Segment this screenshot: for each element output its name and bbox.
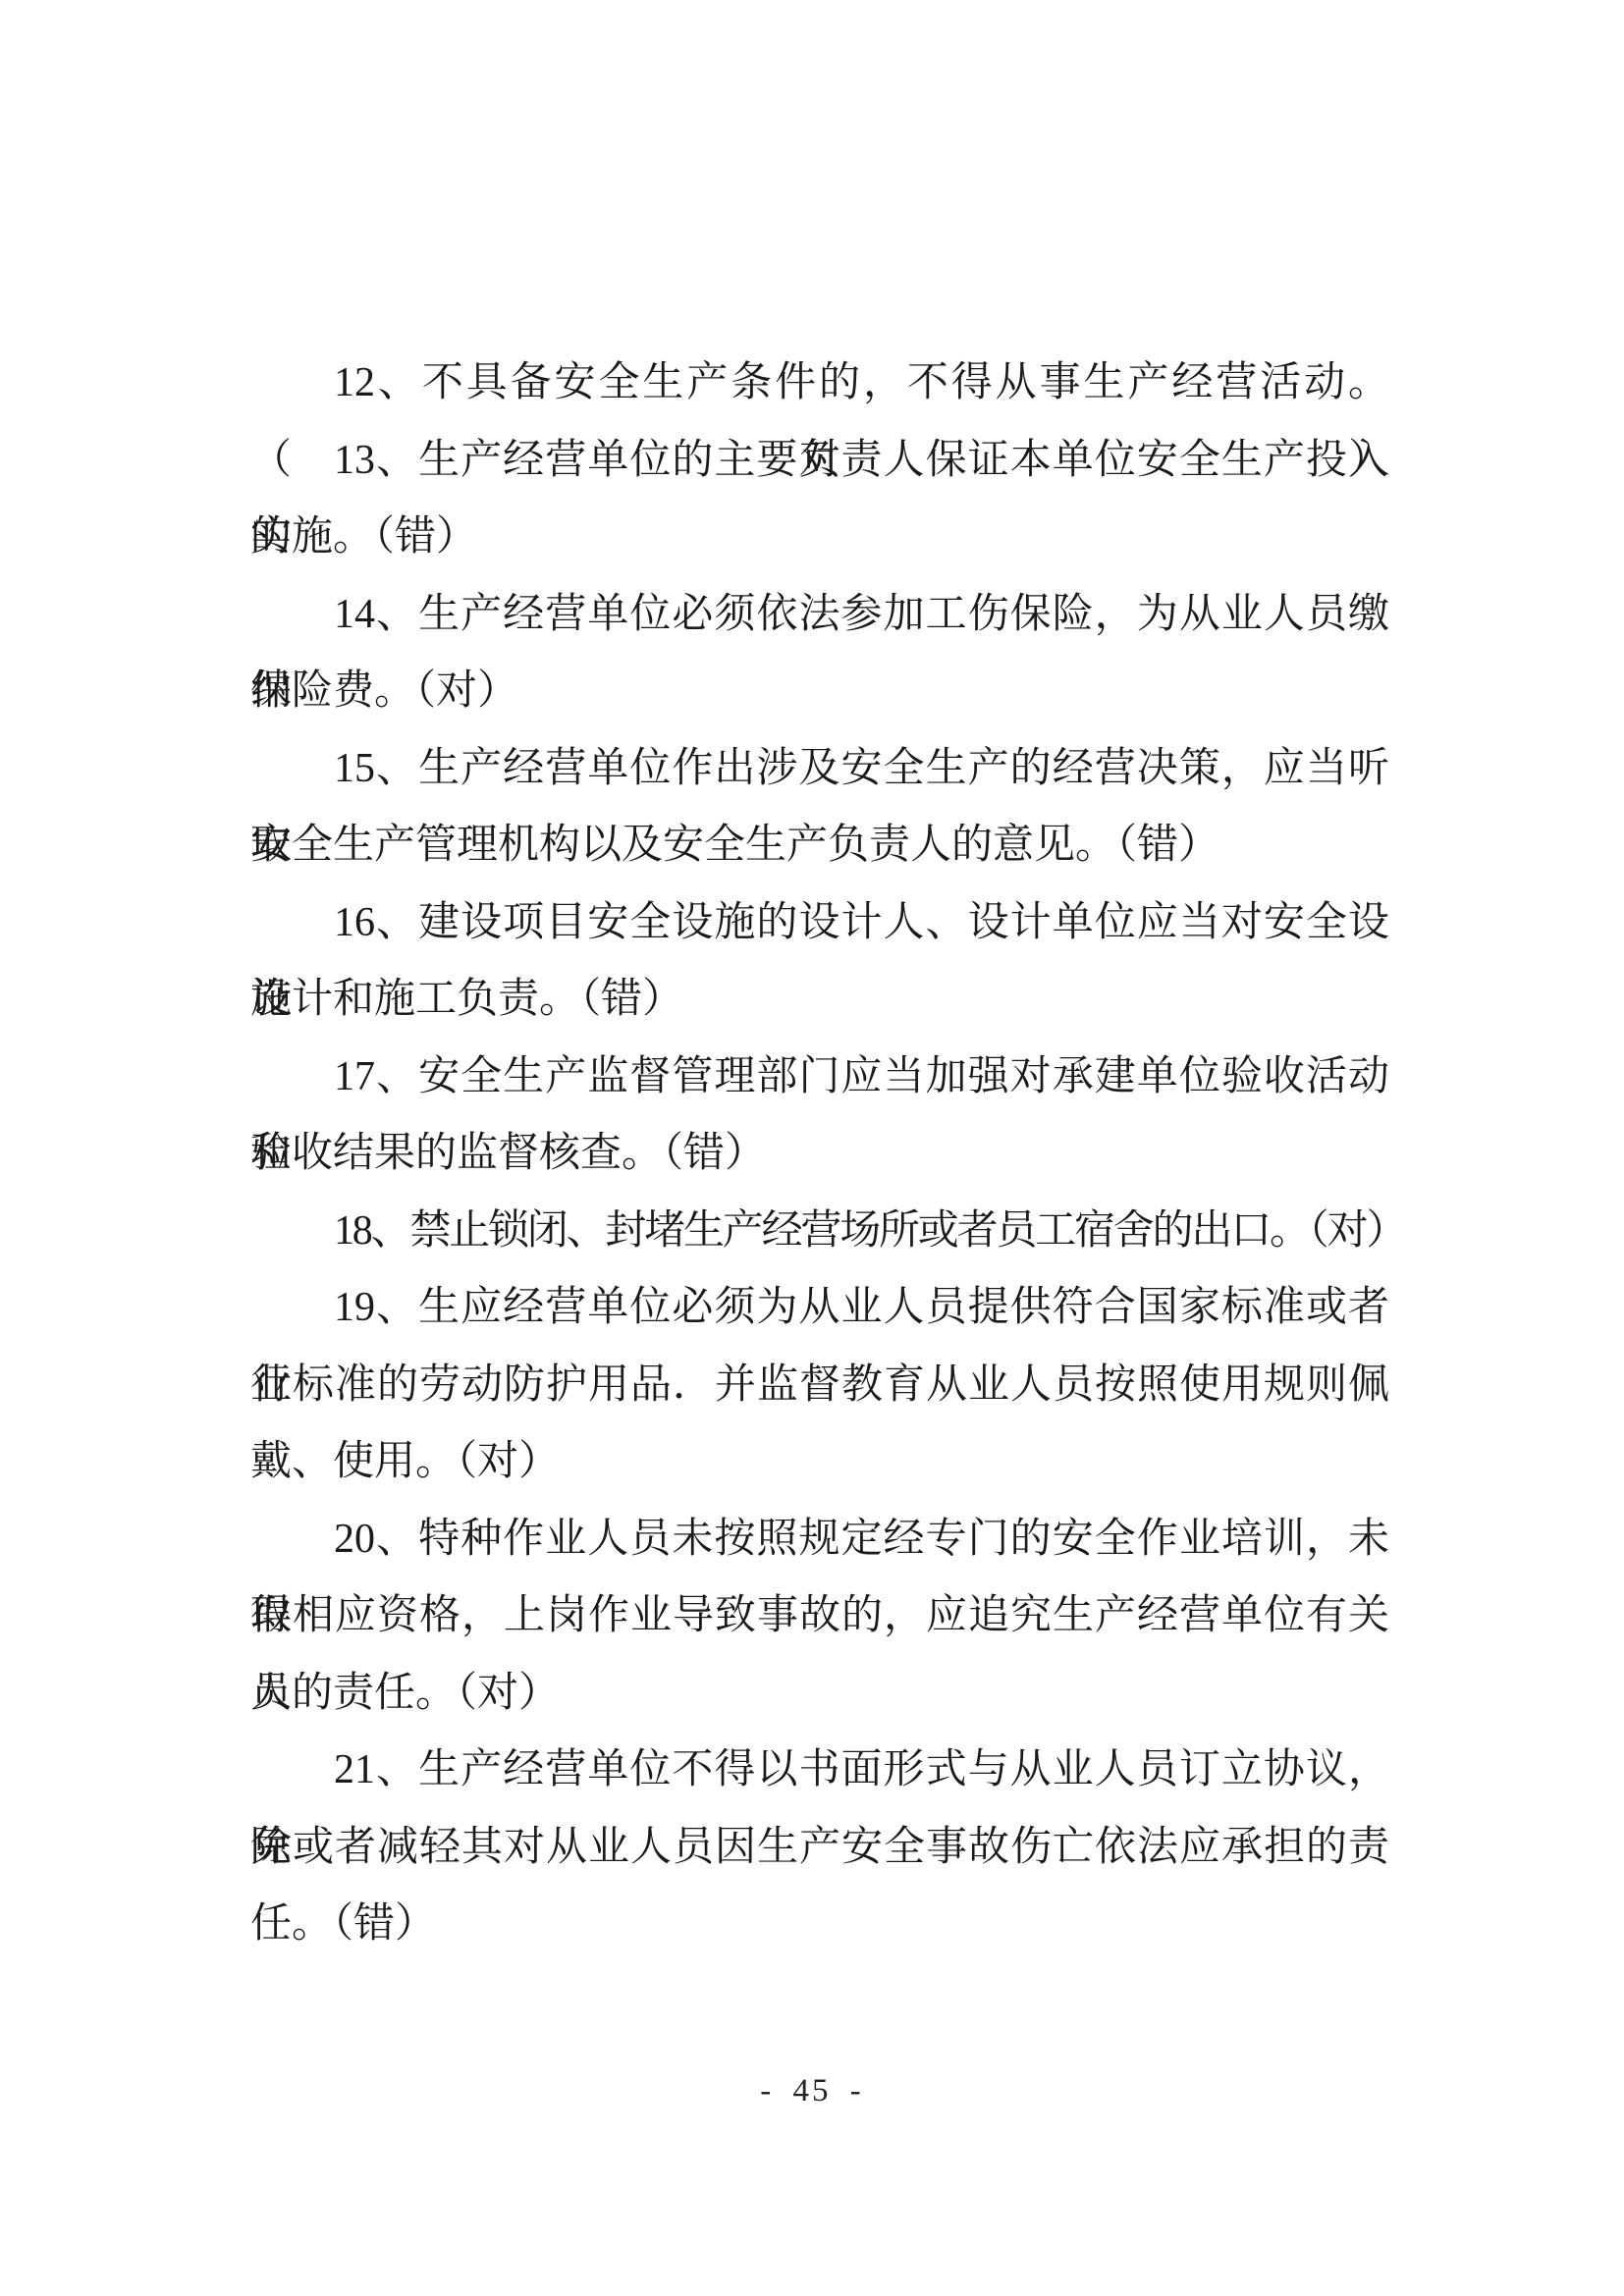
question-line: 任。（错） (250, 1886, 1389, 1963)
question-item-18: 18、禁止锁闭、封堵生产经营场所或者员工宿舍的出口。（对） (250, 1193, 1389, 1270)
question-line: 19、生应经营单位必须为从业人员提供符合国家标准或者行 (250, 1269, 1389, 1347)
question-line: 除或者减轻其对从业人员因生产安全事故伤亡依法应承担的责 (250, 1809, 1389, 1887)
question-item-17: 17、安全生产监督管理部门应当加强对承建单位验收活动和 验收结果的监督核查。（错… (250, 1039, 1389, 1193)
question-item-13: 13、生产经营单位的主要负责人保证本单位安全生产投入的 实施。（错） (250, 422, 1389, 576)
question-line: 15、生产经营单位作出涉及安全生产的经营决策，应当听取 (250, 730, 1389, 808)
question-line: 21、生产经营单位不得以书面形式与从业人员订立协议，免 (250, 1732, 1389, 1809)
question-item-20: 20、特种作业人员未按照规定经专门的安全作业培训，未取 得相应资格，上岗作业导致… (250, 1501, 1389, 1733)
question-line: 戴、使用。（对） (250, 1423, 1389, 1501)
question-line: 20、特种作业人员未按照规定经专门的安全作业培训，未取 (250, 1501, 1389, 1578)
question-line: 员的责任。（对） (250, 1655, 1389, 1733)
document-page: 12、不具备安全生产条件的，不得从事生产经营活动。（对） 13、生产经营单位的主… (0, 0, 1624, 2296)
question-line: 得相应资格，上岗作业导致事故的，应追究生产经营单位有关人 (250, 1577, 1389, 1655)
question-line: 14、生产经营单位必须依法参加工伤保险，为从业人员缴纳 (250, 576, 1389, 654)
question-item-15: 15、生产经营单位作出涉及安全生产的经营决策，应当听取 安全生产管理机构以及安全… (250, 730, 1389, 884)
question-line: 16、建设项目安全设施的设计人、设计单位应当对安全设施 (250, 884, 1389, 962)
question-line: 安全生产管理机构以及安全生产负责人的意见。（错） (250, 807, 1389, 884)
question-line: 12、不具备安全生产条件的，不得从事生产经营活动。（对） (250, 345, 1389, 422)
question-line: 18、禁止锁闭、封堵生产经营场所或者员工宿舍的出口。（对） (250, 1193, 1389, 1270)
question-line: 实施。（错） (250, 499, 1389, 576)
question-line: 保险费。（对） (250, 653, 1389, 730)
question-item-19: 19、生应经营单位必须为从业人员提供符合国家标准或者行 业标准的劳动防护用品．并… (250, 1269, 1389, 1501)
question-line: 设计和施工负责。（错） (250, 961, 1389, 1039)
question-list: 12、不具备安全生产条件的，不得从事生产经营活动。（对） 13、生产经营单位的主… (250, 345, 1389, 1963)
question-item-21: 21、生产经营单位不得以书面形式与从业人员订立协议，免 除或者减轻其对从业人员因… (250, 1732, 1389, 1963)
question-line: 13、生产经营单位的主要负责人保证本单位安全生产投入的 (250, 422, 1389, 500)
page-number: - 45 - (0, 2073, 1624, 2109)
question-line: 验收结果的监督核查。（错） (250, 1115, 1389, 1193)
question-line: 17、安全生产监督管理部门应当加强对承建单位验收活动和 (250, 1039, 1389, 1116)
question-item-16: 16、建设项目安全设施的设计人、设计单位应当对安全设施 设计和施工负责。（错） (250, 884, 1389, 1039)
question-item-12: 12、不具备安全生产条件的，不得从事生产经营活动。（对） (250, 345, 1389, 422)
question-line: 业标准的劳动防护用品．并监督教育从业人员按照使用规则佩 (250, 1347, 1389, 1424)
question-item-14: 14、生产经营单位必须依法参加工伤保险，为从业人员缴纳 保险费。（对） (250, 576, 1389, 730)
